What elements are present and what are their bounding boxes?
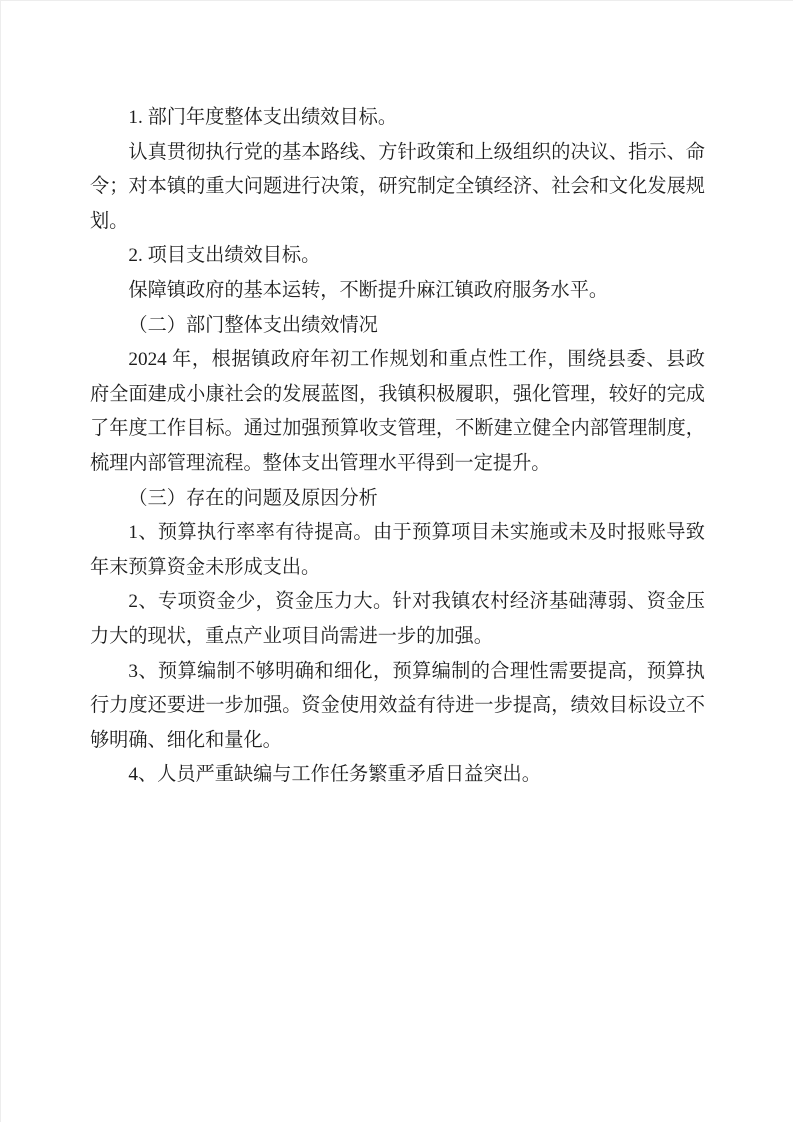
para-dept-annual-goal-title: 1. 部门年度整体支出绩效目标。	[90, 101, 705, 136]
para-issue-4: 4、人员严重缺编与工作任务繁重矛盾日益突出。	[90, 758, 705, 793]
heading-section-three: （三）存在的问题及原因分析	[90, 482, 705, 517]
heading-section-two: （二）部门整体支出绩效情况	[90, 309, 705, 344]
document-text-block: 1. 部门年度整体支出绩效目标。 认真贯彻执行党的基本路线、方针政策和上级组织的…	[1, 1, 793, 793]
para-project-goal-body: 保障镇政府的基本运转，不断提升麻江镇政府服务水平。	[90, 274, 705, 309]
para-project-goal-title: 2. 项目支出绩效目标。	[90, 239, 705, 274]
para-issue-2: 2、专项资金少，资金压力大。针对我镇农村经济基础薄弱、资金压力大的现状，重点产业…	[90, 585, 705, 654]
para-issue-1: 1、预算执行率率有待提高。由于预算项目未实施或未及时报账导致年末预算资金未形成支…	[90, 516, 705, 585]
para-dept-annual-goal-body: 认真贯彻执行党的基本路线、方针政策和上级组织的决议、指示、命令；对本镇的重大问题…	[90, 136, 705, 240]
para-issue-3: 3、预算编制不够明确和细化，预算编制的合理性需要提高，预算执行力度还要进一步加强…	[90, 655, 705, 759]
document-page: 1. 部门年度整体支出绩效目标。 认真贯彻执行党的基本路线、方针政策和上级组织的…	[0, 0, 793, 1122]
para-section-two-body: 2024 年，根据镇政府年初工作规划和重点性工作，围绕县委、县政府全面建成小康社…	[90, 343, 705, 481]
